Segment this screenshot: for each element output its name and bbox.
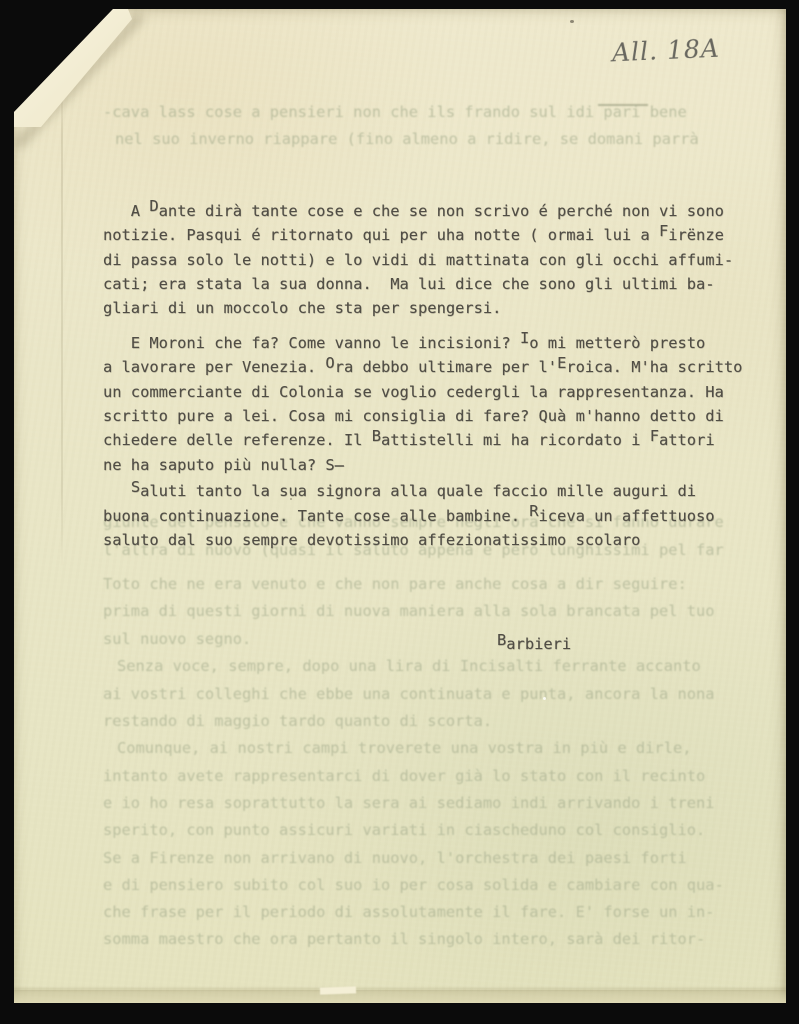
- typed-line: E Moroni che fa? Come vanno le incisioni…: [103, 331, 753, 355]
- bleedthrough-line: intanto avete rappresentarci di dover gi…: [103, 767, 705, 786]
- typed-line: a lavorare per Venezia. Ora debbo ultima…: [103, 355, 753, 379]
- paragraph: A Dante dirà tante cose e che se non scr…: [103, 199, 753, 321]
- paper-edge-notch: [320, 986, 356, 994]
- typed-line: cati; era stata la sua donna. Ma lui dic…: [103, 272, 753, 296]
- typed-line: A Dante dirà tante cose e che se non scr…: [103, 199, 753, 223]
- typed-line: buona continuazione. Tante cose alle bam…: [103, 504, 753, 528]
- typed-line: saluto dal suo sempre devotissimo affezi…: [103, 528, 753, 552]
- signature: Barbieri: [103, 632, 753, 656]
- bleedthrough-line: e di pensiero subito col suo io per cosa…: [103, 876, 724, 895]
- paper-speck: [543, 697, 546, 700]
- vertical-fold-crease: [61, 64, 63, 569]
- letter-page: -cava lass cose a pensieri non che ils f…: [14, 9, 786, 1003]
- bleedthrough-line: Se a Firenze non arrivano di nuovo, l'or…: [103, 849, 687, 868]
- under-sheet: [14, 990, 786, 1003]
- bleedthrough-dash: [598, 104, 648, 106]
- typed-line: scritto pure a lei. Cosa mi consiglia di…: [103, 404, 753, 428]
- typed-line: Saluti tanto la sua signora alla quale f…: [103, 479, 753, 503]
- bleedthrough-line: sperito, con punto assicuri variati in c…: [103, 821, 705, 840]
- bleedthrough-line: -cava lass cose a pensieri non che ils f…: [103, 103, 687, 122]
- typed-line: chiedere delle referenze. Il Battistelli…: [103, 428, 753, 452]
- scan-background: -cava lass cose a pensieri non che ils f…: [0, 0, 799, 1024]
- typed-line: un commerciante di Colonia se voglio ced…: [103, 380, 753, 404]
- bleedthrough-line: restando di maggio tardo quanto di scort…: [103, 712, 492, 731]
- bleedthrough-line: e io ho resa soprattutto la sera ai sedi…: [103, 794, 715, 813]
- paper-speck: [290, 498, 292, 500]
- bleedthrough-line: somma maestro che ora pertanto il singol…: [103, 930, 705, 949]
- paragraph: E Moroni che fa? Come vanno le incisioni…: [103, 331, 753, 477]
- typed-line: notizie. Pasqui é ritornato qui per uha …: [103, 223, 753, 247]
- paragraph: Saluti tanto la sua signora alla quale f…: [103, 479, 753, 552]
- typed-line: ne ha saputo più nulla? S̶: [103, 453, 753, 477]
- paper-speck: [570, 20, 574, 23]
- typed-paragraphs: A Dante dirà tante cose e che se non scr…: [103, 199, 753, 553]
- letter-body: A Dante dirà tante cose e che se non scr…: [103, 150, 753, 706]
- bleedthrough-line: Comunque, ai nostri campi troverete una …: [117, 739, 692, 758]
- typed-line: gliari di un moccolo che sta per spenger…: [103, 296, 753, 320]
- typed-line: di passa solo le notti) e lo vidi di mat…: [103, 248, 753, 272]
- bleedthrough-line: che frase per il periodo di assolutament…: [103, 903, 715, 922]
- bleedthrough-line: nel suo inverno riappare (fino almeno a …: [115, 130, 699, 149]
- pencil-annotation: All. 18A: [611, 34, 720, 68]
